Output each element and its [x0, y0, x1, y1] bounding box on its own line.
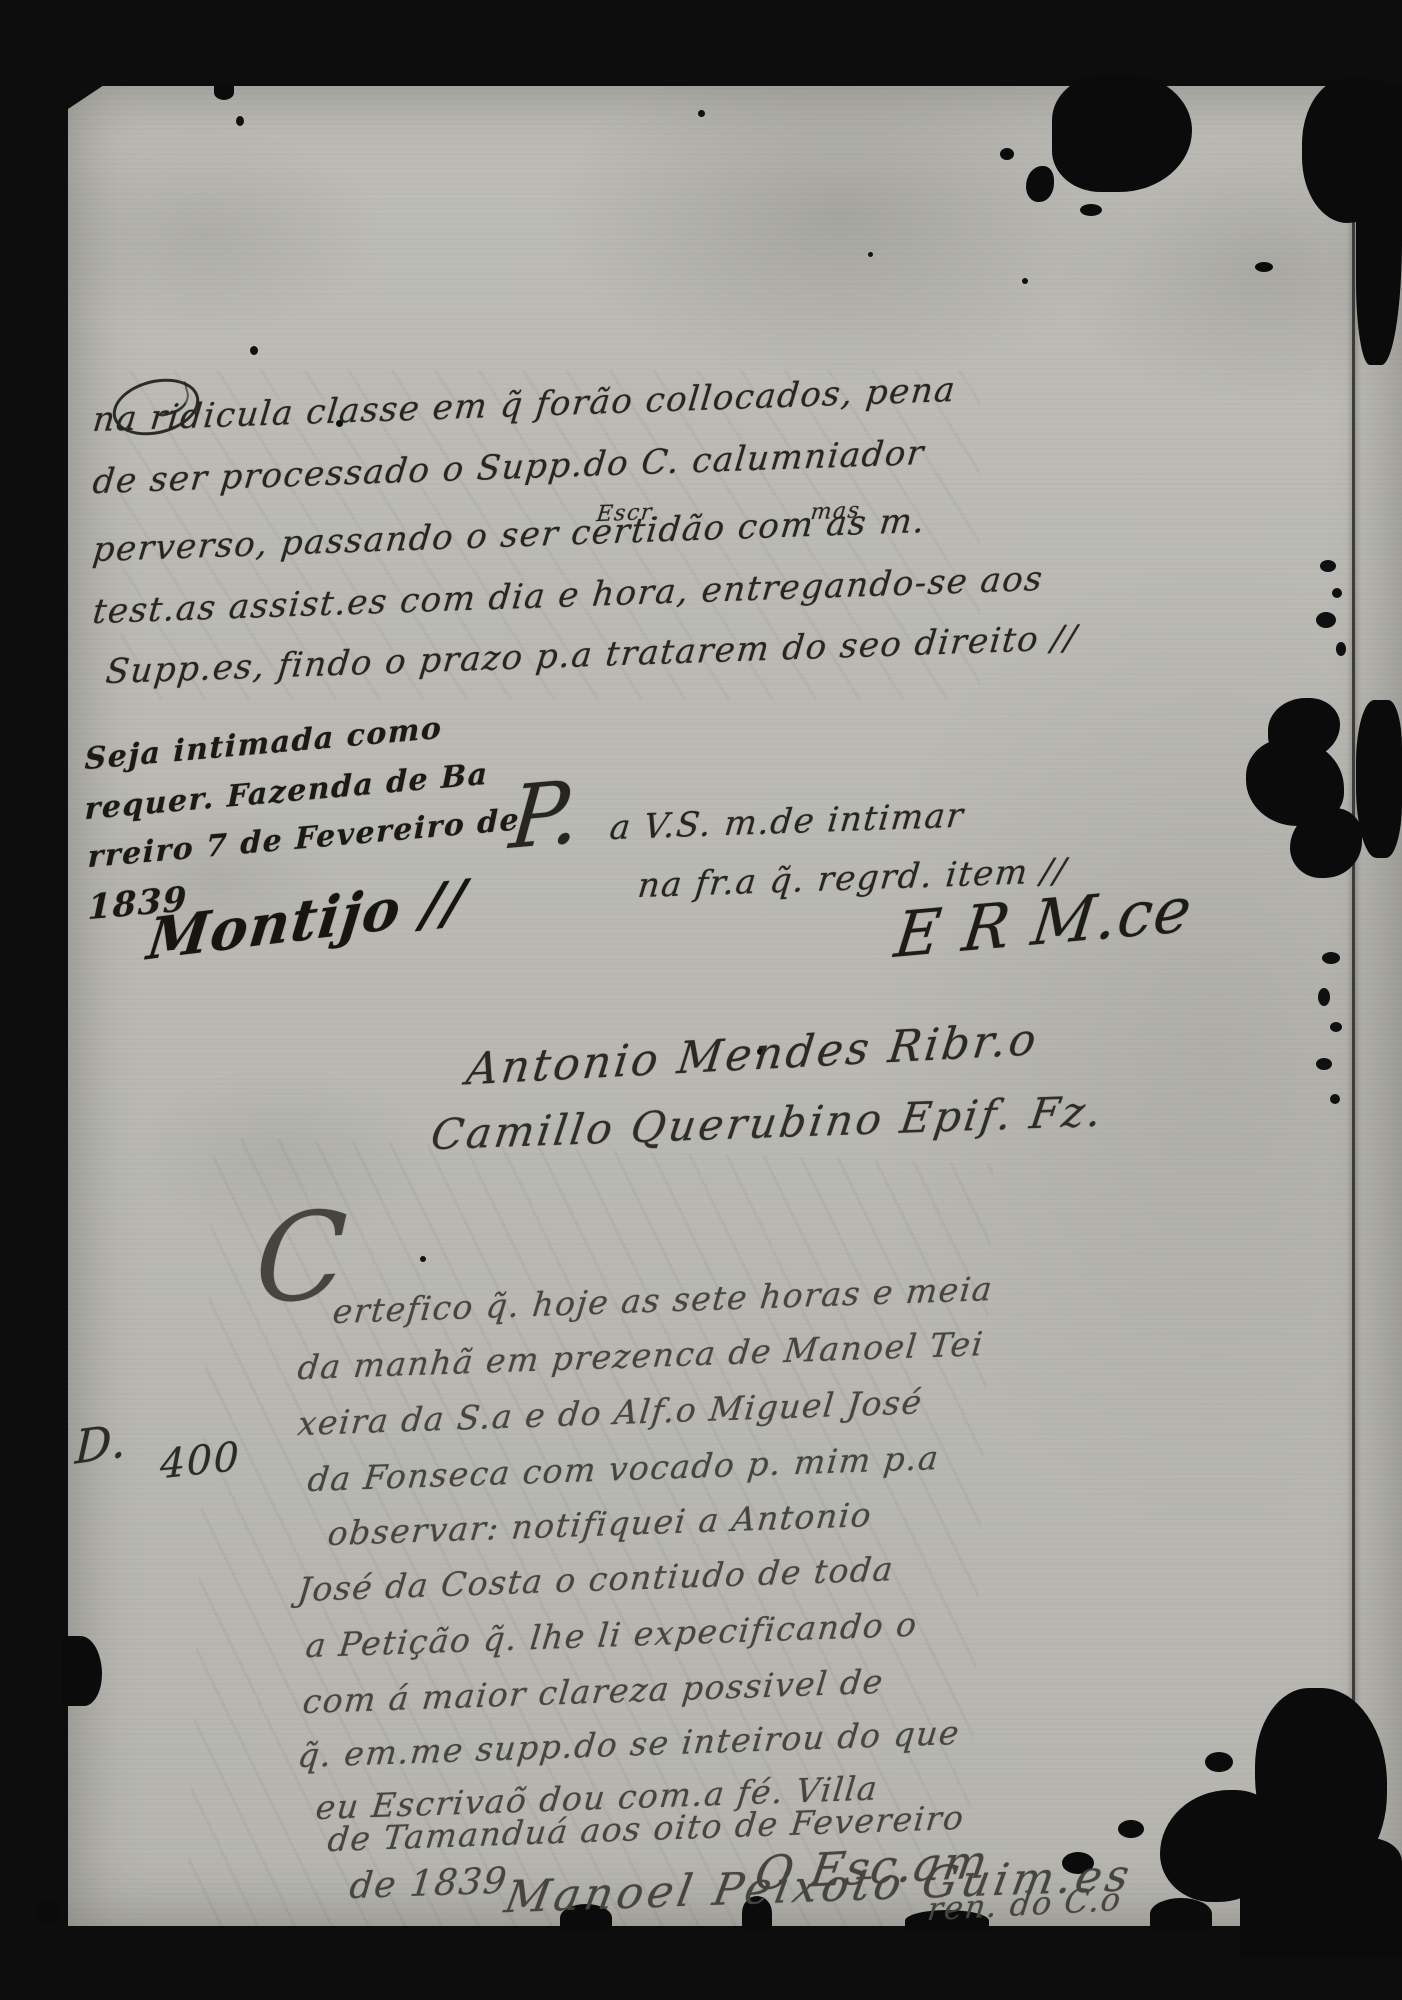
margin-fee-label: D.	[74, 1413, 128, 1475]
ink-speck	[1336, 642, 1346, 656]
superscript-word: mas	[809, 498, 861, 525]
ink-blot	[1356, 700, 1402, 858]
clipped-paper-corner	[68, 85, 104, 109]
scan-border-bottom	[0, 1926, 1402, 2000]
page-fold-line	[1352, 85, 1355, 1930]
certificate-line: de 1839	[348, 1860, 510, 1907]
ink-blot	[1255, 262, 1273, 272]
ink-blot	[1000, 148, 1014, 160]
ink-speck	[420, 1256, 426, 1262]
scanned-page: na ridicula classe em q̃ forão collocado…	[0, 0, 1402, 2000]
ink-speck	[1322, 952, 1340, 964]
ink-speck	[1330, 1022, 1342, 1032]
ink-blot	[1118, 1820, 1144, 1838]
ink-speck	[1316, 612, 1336, 628]
margin-fee-value: 400	[160, 1434, 240, 1489]
ink-speck	[236, 116, 244, 126]
ink-speck	[868, 252, 873, 257]
ink-speck	[1316, 1058, 1332, 1070]
ink-speck	[1318, 988, 1330, 1006]
scan-border-left	[0, 0, 68, 2000]
scan-border-top	[0, 0, 1402, 86]
ink-blot	[214, 85, 234, 100]
ink-blot	[34, 1900, 62, 1924]
ink-speck	[250, 346, 258, 355]
torn-edge	[1150, 1898, 1212, 1930]
ink-blot	[1205, 1752, 1233, 1772]
ink-blot	[1240, 1838, 1402, 1958]
ink-speck	[698, 110, 705, 117]
petition-close-initial: P.	[506, 762, 585, 869]
ink-speck	[1330, 1094, 1340, 1104]
ink-blot	[1080, 204, 1102, 216]
ink-speck	[1320, 560, 1336, 572]
ink-speck	[1332, 588, 1342, 598]
ink-speck	[1022, 278, 1028, 284]
